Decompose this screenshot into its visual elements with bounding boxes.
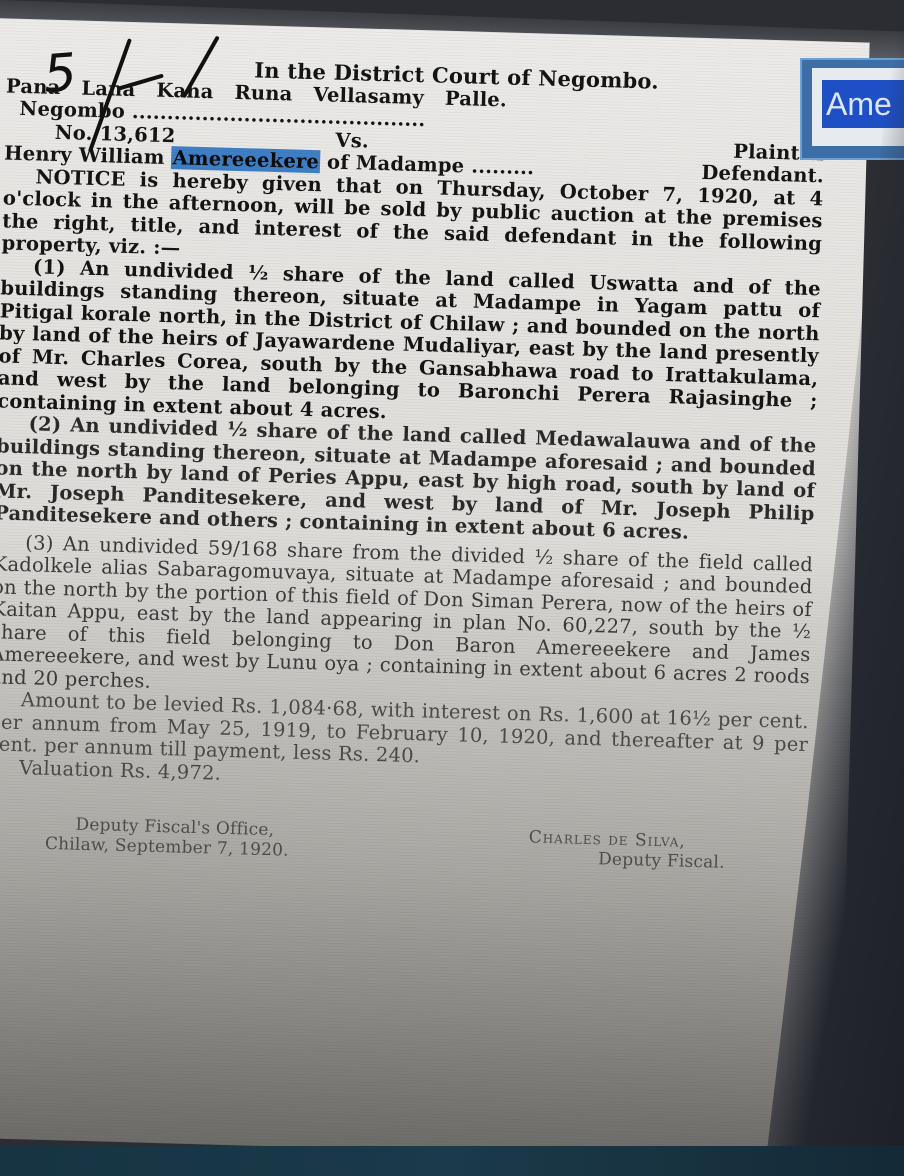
signatory-title: Deputy Fiscal. [528, 847, 725, 872]
signature-block: Deputy Fiscal's Office, Chilaw, Septembe… [0, 812, 806, 875]
defendant-name: Henry William [4, 141, 165, 168]
versus: Vs. [335, 129, 369, 152]
property-3: (3) An undivided 59/168 share from the d… [0, 531, 813, 711]
signatory: Charles de Silva, Deputy Fiscal. [528, 827, 726, 872]
taskbar-edge [0, 1146, 904, 1176]
scanned-document-page: 5 In the District Court of Negombo. Pana… [0, 18, 870, 1162]
office-info: Deputy Fiscal's Office, Chilaw, Septembe… [45, 814, 290, 861]
notice-text: In the District Court of Negombo. Pana L… [0, 52, 827, 875]
property-1: (1) An undivided ½ share of the land cal… [0, 255, 821, 435]
property-2: (2) An undivided ½ share of the land cal… [0, 412, 817, 547]
